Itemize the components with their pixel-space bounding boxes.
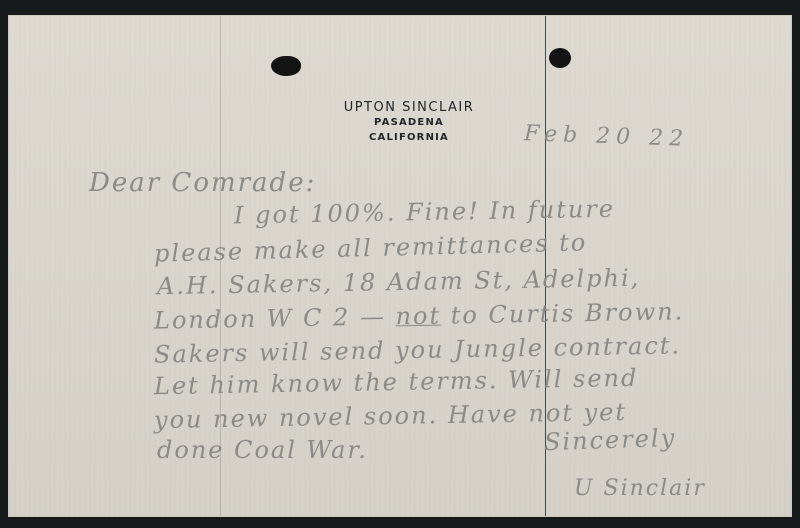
letterhead-state: CALIFORNIA — [309, 130, 509, 145]
body-line-3: A.H. Sakers, 18 Adam St, Adelphi, — [157, 264, 641, 300]
signature: U Sinclair — [574, 476, 706, 501]
letterhead: UPTON SINCLAIR PASADENA CALIFORNIA — [309, 84, 509, 145]
body-line-6: Let him know the terms. Will send — [154, 364, 639, 400]
body-line-5: Sakers will send you Jungle contract. — [154, 331, 681, 368]
letter-date: Feb 20 22 — [524, 121, 690, 152]
body-line-2: please make all remittances to — [154, 228, 588, 267]
body-line-4: London W C 2 — not to Curtis Brown. — [154, 297, 685, 334]
body-line-1: I got 100%. Fine! In future — [234, 195, 615, 230]
letterhead-name: UPTON SINCLAIR — [309, 100, 509, 115]
body-line-4a: London W C 2 — — [154, 302, 396, 334]
emphasis-not: not — [395, 302, 441, 331]
closing: Sincerely — [544, 424, 677, 457]
salutation: Dear Comrade: — [89, 168, 316, 198]
punch-hole-left — [271, 56, 301, 76]
letterhead-city: PASADENA — [309, 115, 509, 130]
body-line-8: done Coal War. — [157, 436, 368, 464]
body-line-4b: to Curtis Brown. — [441, 297, 685, 329]
letter-paper: UPTON SINCLAIR PASADENA CALIFORNIA Feb 2… — [9, 16, 791, 516]
punch-hole-right — [549, 48, 571, 68]
